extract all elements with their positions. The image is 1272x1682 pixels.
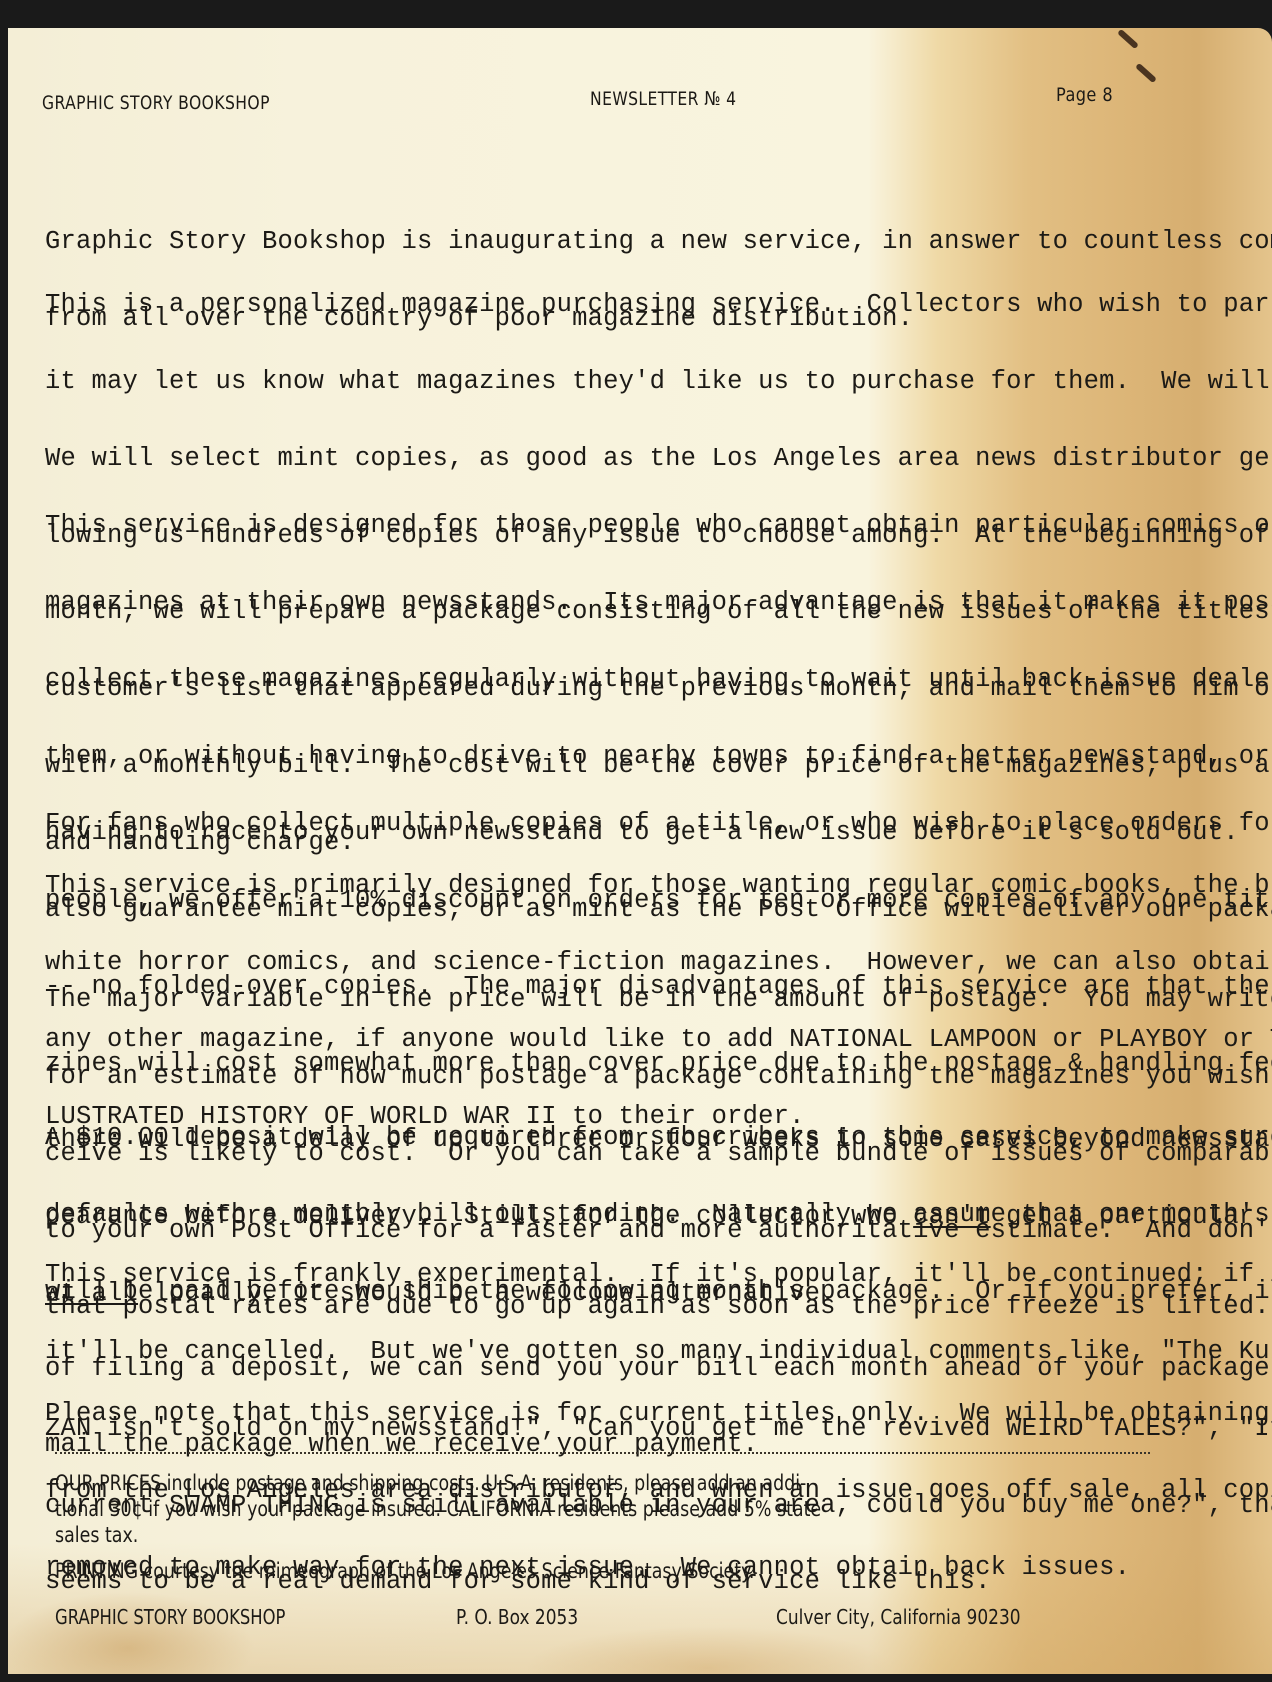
printing-credit-text: PRINTING courtesy the mimeograph of the …: [55, 1558, 754, 1584]
text-line: sales tax.: [55, 1522, 138, 1548]
staple-mark-icon: [1117, 29, 1139, 50]
header-newsletter-text: NEWSLETTER № 4: [590, 88, 737, 110]
header-publisher: GRAPHIC STORY BOOKSHOP: [42, 92, 320, 115]
dotted-divider: [55, 1452, 1150, 1454]
text-line: it may let us know what magazines they'd…: [45, 369, 1165, 395]
header-publisher-text: GRAPHIC STORY BOOKSHOP: [42, 92, 270, 114]
footer-po-box: P. O. Box 2053: [456, 1605, 600, 1630]
staple-mark-icon: [1135, 63, 1157, 84]
text-line: This is a personalized magazine purchasi…: [45, 292, 1165, 318]
footer-po-box-text: P. O. Box 2053: [456, 1605, 578, 1629]
text-line: tional 30¢ if you wish your package insu…: [55, 1496, 821, 1522]
text-line: This service is frankly experimental. If…: [45, 1262, 1165, 1288]
header-newsletter-number: NEWSLETTER № 4: [590, 88, 769, 111]
text-line: magazines at their own newsstands. Its m…: [45, 590, 1165, 616]
text-line: Please note that this service is for cur…: [45, 1401, 1165, 1427]
text-line: A $10.00 deposit will be required from s…: [45, 1125, 1165, 1151]
text-line: This service is primarily designed for t…: [45, 873, 1165, 899]
text-line: This service is designed for those peopl…: [45, 513, 1165, 539]
footer-address-text: Culver City, California 90230: [776, 1605, 1021, 1629]
text-line: collect these magazines regularly withou…: [45, 667, 1165, 693]
text-line: OUR PRICES include postage and shipping …: [55, 1470, 806, 1496]
footer-address: Culver City, California 90230: [776, 1605, 1064, 1630]
footer-publisher: GRAPHIC STORY BOOKSHOP: [55, 1605, 336, 1630]
printing-credit: PRINTING courtesy the mimeograph of the …: [55, 1558, 898, 1584]
footer-publisher-text: GRAPHIC STORY BOOKSHOP: [55, 1605, 285, 1629]
prices-note: OUR PRICES include postage and shipping …: [55, 1470, 978, 1548]
text-line: The major variable in the price will be …: [45, 987, 1165, 1013]
header-page-number: Page 8: [1056, 84, 1123, 107]
header-page-text: Page 8: [1056, 84, 1113, 106]
